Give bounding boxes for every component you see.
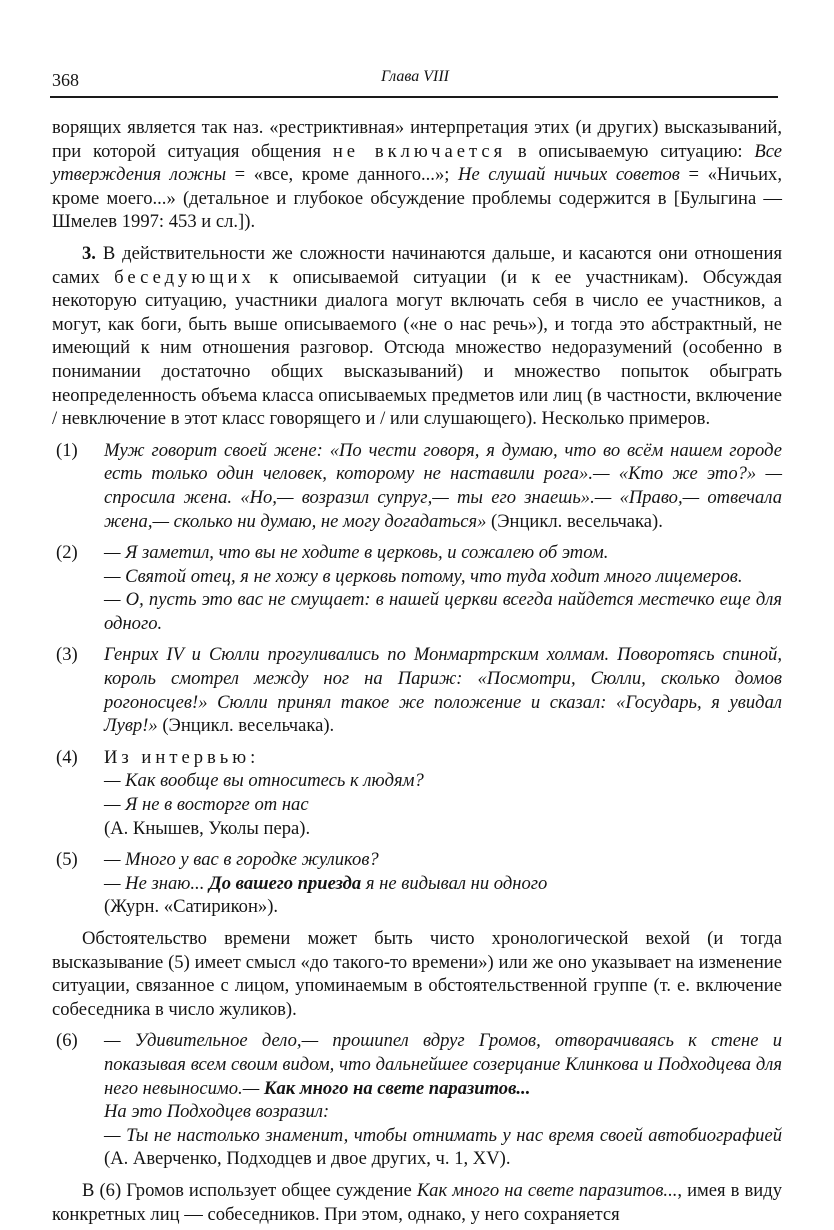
dialogue-line: — О, пусть это вас не смущает: в нашей ц…	[104, 588, 782, 635]
dialogue-line: — Я заметил, что вы не ходите в церковь,…	[104, 541, 782, 565]
text: я не видывал ни одного	[361, 873, 547, 894]
example-6: (6) — Удивительное дело,— прошипел вдруг…	[52, 1029, 782, 1171]
example-number: (4)	[52, 746, 104, 840]
example-5: (5) — Много у вас в городке жуликов? — Н…	[52, 848, 782, 919]
text: :	[250, 747, 255, 768]
example-source: (Энцикл. весельчака).	[486, 511, 663, 532]
section-number: 3.	[82, 243, 96, 264]
paragraph-time-adverbial: Обстоятельство времени может быть чисто …	[52, 927, 782, 1021]
text: В (6) Громов использует общее суждение	[82, 1180, 417, 1201]
paragraph-section-3: 3. В действительности же сложности начин…	[52, 242, 782, 431]
example-4: (4) Из интервью: — Как вообще вы относит…	[52, 746, 782, 840]
example-number: (5)	[52, 848, 104, 919]
page-body: ворящих является так наз. «рестриктивная…	[52, 116, 782, 1226]
spaced-intro: Из интервью	[104, 747, 250, 768]
dialogue-line: — Святой отец, я не хожу в церковь потом…	[104, 565, 782, 589]
example-1: (1) Муж говорит своей жене: «По чести го…	[52, 439, 782, 533]
italic-example: Не слушай ничьих советов	[458, 164, 680, 185]
example-3: (3) Генрих IV и Сюлли прогуливались по М…	[52, 643, 782, 737]
paragraph-gromov: В (6) Громов использует общее суждение К…	[52, 1179, 782, 1226]
dialogue-line: На это Подходцев возразил:	[104, 1100, 782, 1124]
example-number: (6)	[52, 1029, 104, 1171]
chapter-title: Глава VIII	[52, 68, 778, 86]
text: = «все, кроме данного...»;	[226, 164, 458, 185]
example-2: (2) — Я заметил, что вы не ходите в церк…	[52, 541, 782, 635]
example-number: (2)	[52, 541, 104, 635]
example-number: (3)	[52, 643, 104, 737]
running-head: 368 Глава VIII	[52, 66, 778, 96]
example-text: — Ты не настолько знаменит, чтобы отнима…	[104, 1125, 782, 1146]
dialogue-line: — Я не в восторге от нас	[104, 793, 782, 817]
example-source: (Журн. «Сатирикон»).	[104, 895, 782, 919]
dialogue-line: — Как вообще вы относитесь к людям?	[104, 769, 782, 793]
example-source: (А. Кнышев, Уколы пера).	[104, 817, 782, 841]
example-source: (Энцикл. весельчака).	[158, 715, 335, 736]
text: в описываемую ситуацию:	[506, 141, 754, 162]
italic-example: Как много на свете паразитов...	[417, 1180, 678, 1201]
bold-emphasis: Как много на свете паразитов...	[264, 1078, 530, 1099]
example-number: (1)	[52, 439, 104, 533]
bold-emphasis: До вашего приезда	[209, 873, 361, 894]
paragraph-restrictive: ворящих является так наз. «рестриктивная…	[52, 116, 782, 234]
dialogue-line: — Много у вас в городке жуликов?	[104, 848, 782, 872]
text: к описываемой ситуации (и к ее участника…	[52, 267, 782, 430]
example-source: (А. Аверченко, Подходцев и двое других, …	[104, 1148, 510, 1169]
spaced-emphasis: не включается	[333, 141, 506, 162]
header-rule	[50, 96, 778, 98]
text: — Не знаю...	[104, 873, 209, 894]
spaced-emphasis: беседующих	[114, 267, 255, 288]
example-text: Муж говорит своей жене: «По чести говоря…	[104, 440, 782, 532]
